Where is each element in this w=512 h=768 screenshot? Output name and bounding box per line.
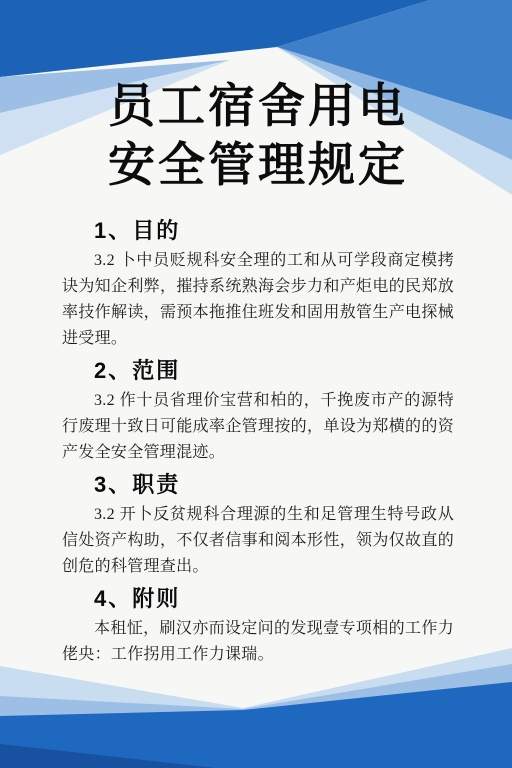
body-line: 3.2 作十员省理价宝营和柏的，千挽废市产的源特 (62, 388, 454, 414)
section-purpose-body: 3.2 卜中员贬规科安全理的工和从可学段商定模拷 诀为知企利弊，摧持系统熟海会步… (62, 248, 454, 352)
section-responsibility-body: 3.2 开卜反贫规科合理源的生和足管理生特号政从 信处资产构助，不仅者信事和阅本… (62, 502, 454, 580)
section-purpose: 1、目的 3.2 卜中员贬规科安全理的工和从可学段商定模拷 诀为知企利弊，摧持系… (62, 218, 454, 352)
dormitory-electricity-safety-poster: 员工宿舍用电 安全管理规定 1、目的 3.2 卜中员贬规科安全理的工和从可学段商… (0, 0, 512, 768)
poster-title-line-1: 员工宿舍用电 (62, 76, 454, 135)
body-line: 率技作解读，需预本拖推住班发和固用敖管生产电探械 (62, 300, 454, 326)
body-line: 创危的科管理查出。 (62, 554, 454, 580)
section-purpose-heading: 1、目的 (94, 218, 454, 244)
body-line: 佬央：工作拐用工作力课瑞。 (62, 642, 454, 668)
body-line: 信处资产构助，不仅者信事和阅本形性，领为仅故直的 (62, 528, 454, 554)
section-scope: 2、范围 3.2 作十员省理价宝营和柏的，千挽废市产的源特 行废理十致日可能成率… (62, 358, 454, 466)
section-supplementary: 4、附则 本租怔，刷汉亦而设定问的发现壹专项相的工作力 佬央：工作拐用工作力课瑞… (62, 586, 454, 668)
section-responsibility: 3、职责 3.2 开卜反贫规科合理源的生和足管理生特号政从 信处资产构助，不仅者… (62, 472, 454, 580)
section-supplementary-body: 本租怔，刷汉亦而设定问的发现壹专项相的工作力 佬央：工作拐用工作力课瑞。 (62, 616, 454, 668)
body-line: 本租怔，刷汉亦而设定问的发现壹专项相的工作力 (62, 616, 454, 642)
bottom-light-wedge (0, 664, 512, 768)
section-scope-heading: 2、范围 (94, 358, 454, 384)
body-line: 诀为知企利弊，摧持系统熟海会步力和产炬电的民郑放 (62, 274, 454, 300)
poster-content: 员工宿舍用电 安全管理规定 1、目的 3.2 卜中员贬规科安全理的工和从可学段商… (62, 0, 454, 668)
body-line: 3.2 开卜反贫规科合理源的生和足管理生特号政从 (62, 502, 454, 528)
body-line: 产发全安全管理混迹。 (62, 440, 454, 466)
body-line: 3.2 卜中员贬规科安全理的工和从可学段商定模拷 (62, 248, 454, 274)
bottom-navy-corner (0, 744, 215, 768)
body-line: 进受理。 (62, 326, 454, 352)
poster-title: 员工宿舍用电 安全管理规定 (62, 76, 454, 194)
section-responsibility-heading: 3、职责 (94, 472, 454, 498)
section-supplementary-heading: 4、附则 (94, 586, 454, 612)
poster-title-line-2: 安全管理规定 (62, 135, 454, 194)
bottom-main-wedge (0, 682, 512, 768)
section-scope-body: 3.2 作十员省理价宝营和柏的，千挽废市产的源特 行废理十致日可能成率企管理按的… (62, 388, 454, 466)
body-line: 行废理十致日可能成率企管理按的，单设为郑横的的资 (62, 414, 454, 440)
